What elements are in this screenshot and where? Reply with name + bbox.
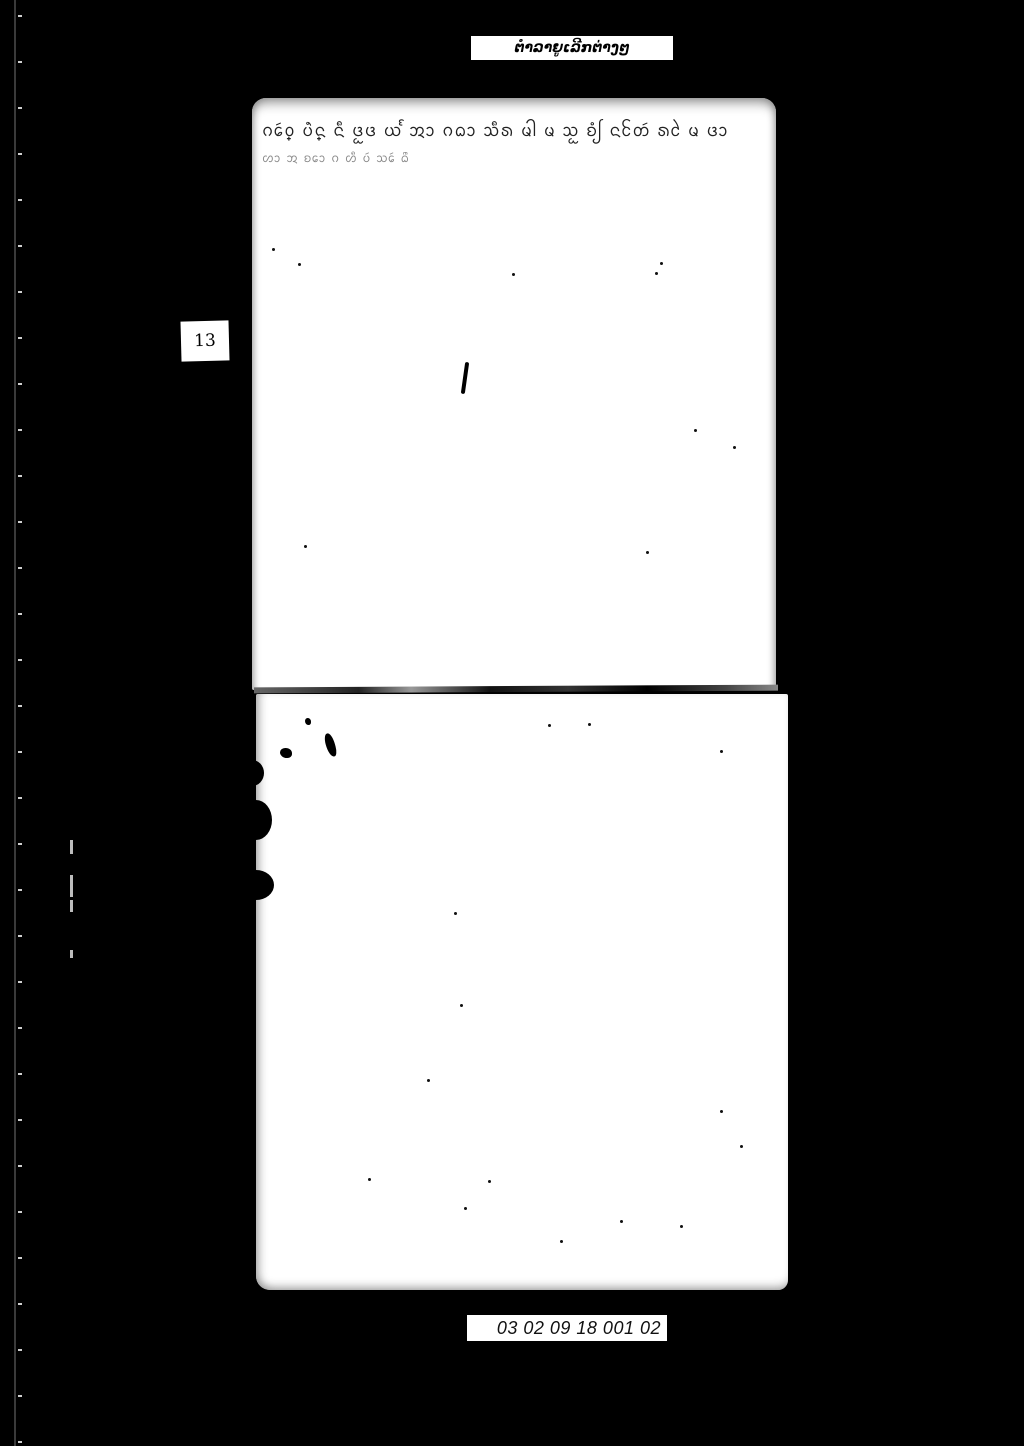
paper-speck (548, 724, 551, 727)
paper-speck (304, 545, 307, 548)
torn-edge (240, 800, 272, 840)
paper-speck (488, 1180, 491, 1183)
manuscript-leaf-lower (256, 694, 788, 1290)
paper-speck (368, 1178, 371, 1181)
paper-speck (655, 272, 658, 275)
paper-speck (298, 263, 301, 266)
paper-speck (460, 1004, 463, 1007)
paper-speck (720, 750, 723, 753)
paper-speck (680, 1225, 683, 1228)
paper-speck (740, 1145, 743, 1148)
torn-edge (240, 760, 264, 786)
paper-speck (454, 912, 457, 915)
manuscript-text-line: ᨣᩮᩢ᩠ᩅ ᨷᩫ᩠ᨶ ᨶᩥ ᨴᩬᨴ ᨿᩘ ᩋᩣ ᨣᨵᩣ ᩈᩥᩁ ᨾᩤ ᨾ ᩈᩬ … (262, 118, 767, 145)
paper-speck (620, 1220, 623, 1223)
archive-reference-label: 03 02 09 18 001 02 (467, 1315, 667, 1341)
paper-speck (272, 248, 275, 251)
paper-speck (560, 1240, 563, 1243)
manuscript-leaf-upper (252, 98, 776, 690)
manuscript-scan: ᨣᩮᩢ᩠ᩅ ᨷᩫ᩠ᨶ ᨶᩥ ᨴᩬᨴ ᨿᩘ ᩋᩣ ᨣᨵᩣ ᩈᩥᩁ ᨾᩤ ᨾ ᩈᩬ … (0, 0, 1024, 1446)
paper-speck (646, 551, 649, 554)
paper-speck (660, 262, 663, 265)
ink-stain (305, 718, 311, 725)
ink-stain (280, 748, 292, 758)
paper-speck (512, 273, 515, 276)
paper-speck (694, 429, 697, 432)
manuscript-text-line: ᩉᩣ ᩋ ᨧᩮᩣ ᨣ ᩉᩥ ᨷᩢ ᩈᩮᩢ ᨵᩨ (262, 150, 602, 169)
paper-speck (464, 1207, 467, 1210)
torn-edge (238, 870, 274, 900)
paper-speck (427, 1079, 430, 1082)
paper-speck (588, 723, 591, 726)
paper-speck (720, 1110, 723, 1113)
paper-speck (733, 446, 736, 449)
